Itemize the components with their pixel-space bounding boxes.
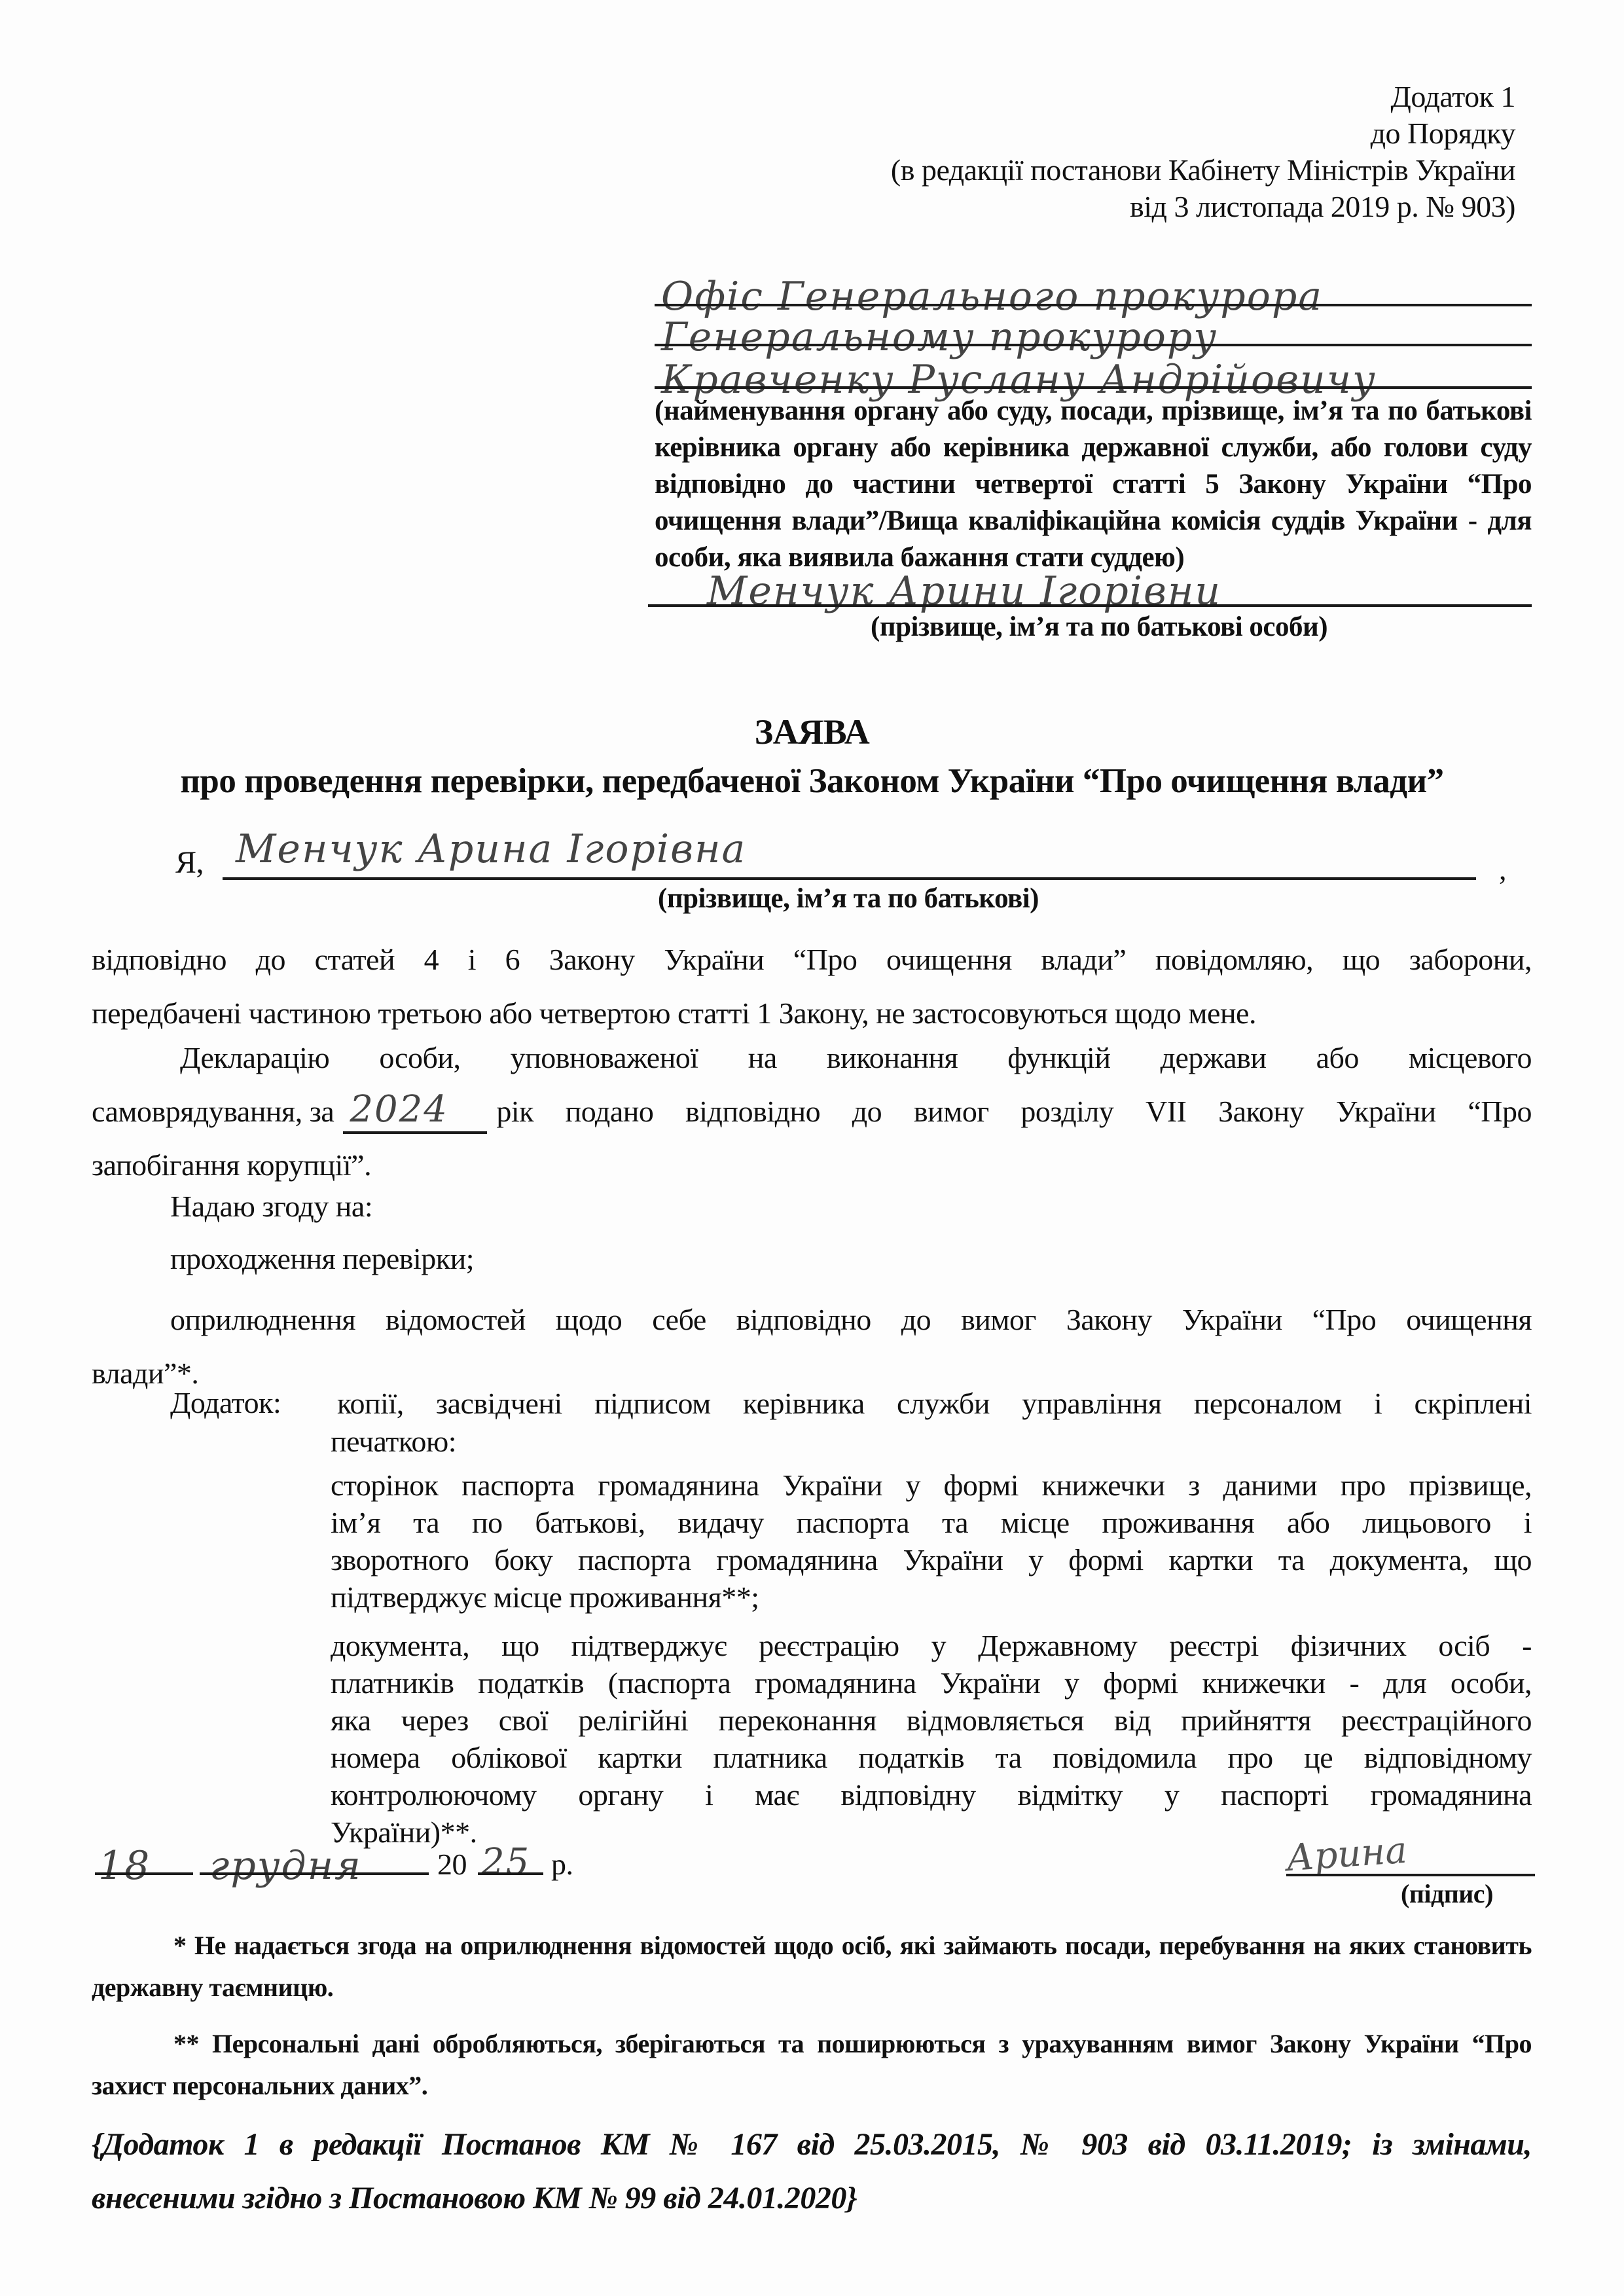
date-year-unit: р. xyxy=(551,1846,573,1883)
annex-resolution-date: від 3 листопада 2019 р. № 903) xyxy=(720,189,1515,225)
applicant-from-underline xyxy=(648,604,1532,607)
attachment-item-passport: сторінок паспорта громадянина України у … xyxy=(331,1467,1532,1616)
addressee-caption: (найменування органу або суду, посади, п… xyxy=(655,393,1532,576)
date-year-underline xyxy=(478,1872,543,1875)
footnote-1: * Не надається згода на оприлюднення від… xyxy=(92,1925,1532,2009)
attachment-intro: копії, засвідчені підписом керівника слу… xyxy=(331,1385,1532,1461)
statement-prefix: Я, xyxy=(175,845,204,881)
addressee-underline-2 xyxy=(655,344,1532,346)
signature-caption: (підпис) xyxy=(1401,1876,1493,1912)
addressee-underline-3 xyxy=(655,386,1532,389)
applicant-name-underline xyxy=(223,877,1476,880)
paragraph-1: відповідно до статей 4 і 6 Закону Україн… xyxy=(92,933,1532,1040)
annex-edition: (в редакції постанови Кабінету Міністрів… xyxy=(720,152,1515,189)
declaration-year-field[interactable]: 2024 xyxy=(343,1090,487,1134)
date-year-field[interactable]: 25 xyxy=(481,1841,530,1884)
footnote-2: ** Персональні дані обробляються, зберіг… xyxy=(92,2023,1532,2107)
document-subtitle: про проведення перевірки, передбаченої З… xyxy=(0,763,1624,799)
addressee-underline-1 xyxy=(655,304,1532,306)
date-year-prefix: 20 xyxy=(437,1846,467,1883)
date-month-field[interactable]: грудня xyxy=(209,1843,362,1889)
declaration-year-line: самоврядування, за 2024 рік подано відпо… xyxy=(92,1085,1532,1139)
paragraph-2: Декларацію особи, уповноваженої на викон… xyxy=(92,1031,1532,1192)
applicant-name-field[interactable]: Менчук Арина Ігорівна xyxy=(236,826,746,872)
applicant-from-caption: (прізвище, ім’я та по батькові особи) xyxy=(871,609,1327,646)
signature-field[interactable]: Арина xyxy=(1285,1829,1409,1880)
statement-suffix: , xyxy=(1499,851,1506,888)
document-title: ЗАЯВА xyxy=(0,714,1624,750)
annex-header: Додаток 1 до Порядку (в редакції постано… xyxy=(720,79,1515,225)
consent-item-verification: проходження перевірки; xyxy=(170,1241,474,1277)
date-day-field[interactable]: 18 xyxy=(98,1843,151,1889)
attachment-label: Додаток: xyxy=(170,1385,281,1421)
annex-to-procedure: до Порядку xyxy=(720,115,1515,152)
addressee-line-2[interactable]: Генеральному прокурору xyxy=(661,314,1218,360)
addressee-line-1[interactable]: Офіс Генерального прокурора xyxy=(661,274,1323,319)
date-month-underline xyxy=(200,1872,429,1875)
consent-intro: Надаю згоду на: xyxy=(170,1188,372,1225)
document-page: Додаток 1 до Порядку (в редакції постано… xyxy=(0,0,1624,2296)
annex-number: Додаток 1 xyxy=(720,79,1515,115)
applicant-name-caption: (прізвище, ім’я та по батькові) xyxy=(658,881,1039,917)
applicant-from-name[interactable]: Менчук Арини Ігорівни xyxy=(707,568,1221,614)
attachment-item-tax-id: документа, що підтверджує реєстрацію у Д… xyxy=(331,1627,1532,1851)
date-day-underline xyxy=(95,1872,193,1875)
amendment-note: {Додаток 1 в редакції Постанов КМ № 167 … xyxy=(92,2118,1532,2225)
